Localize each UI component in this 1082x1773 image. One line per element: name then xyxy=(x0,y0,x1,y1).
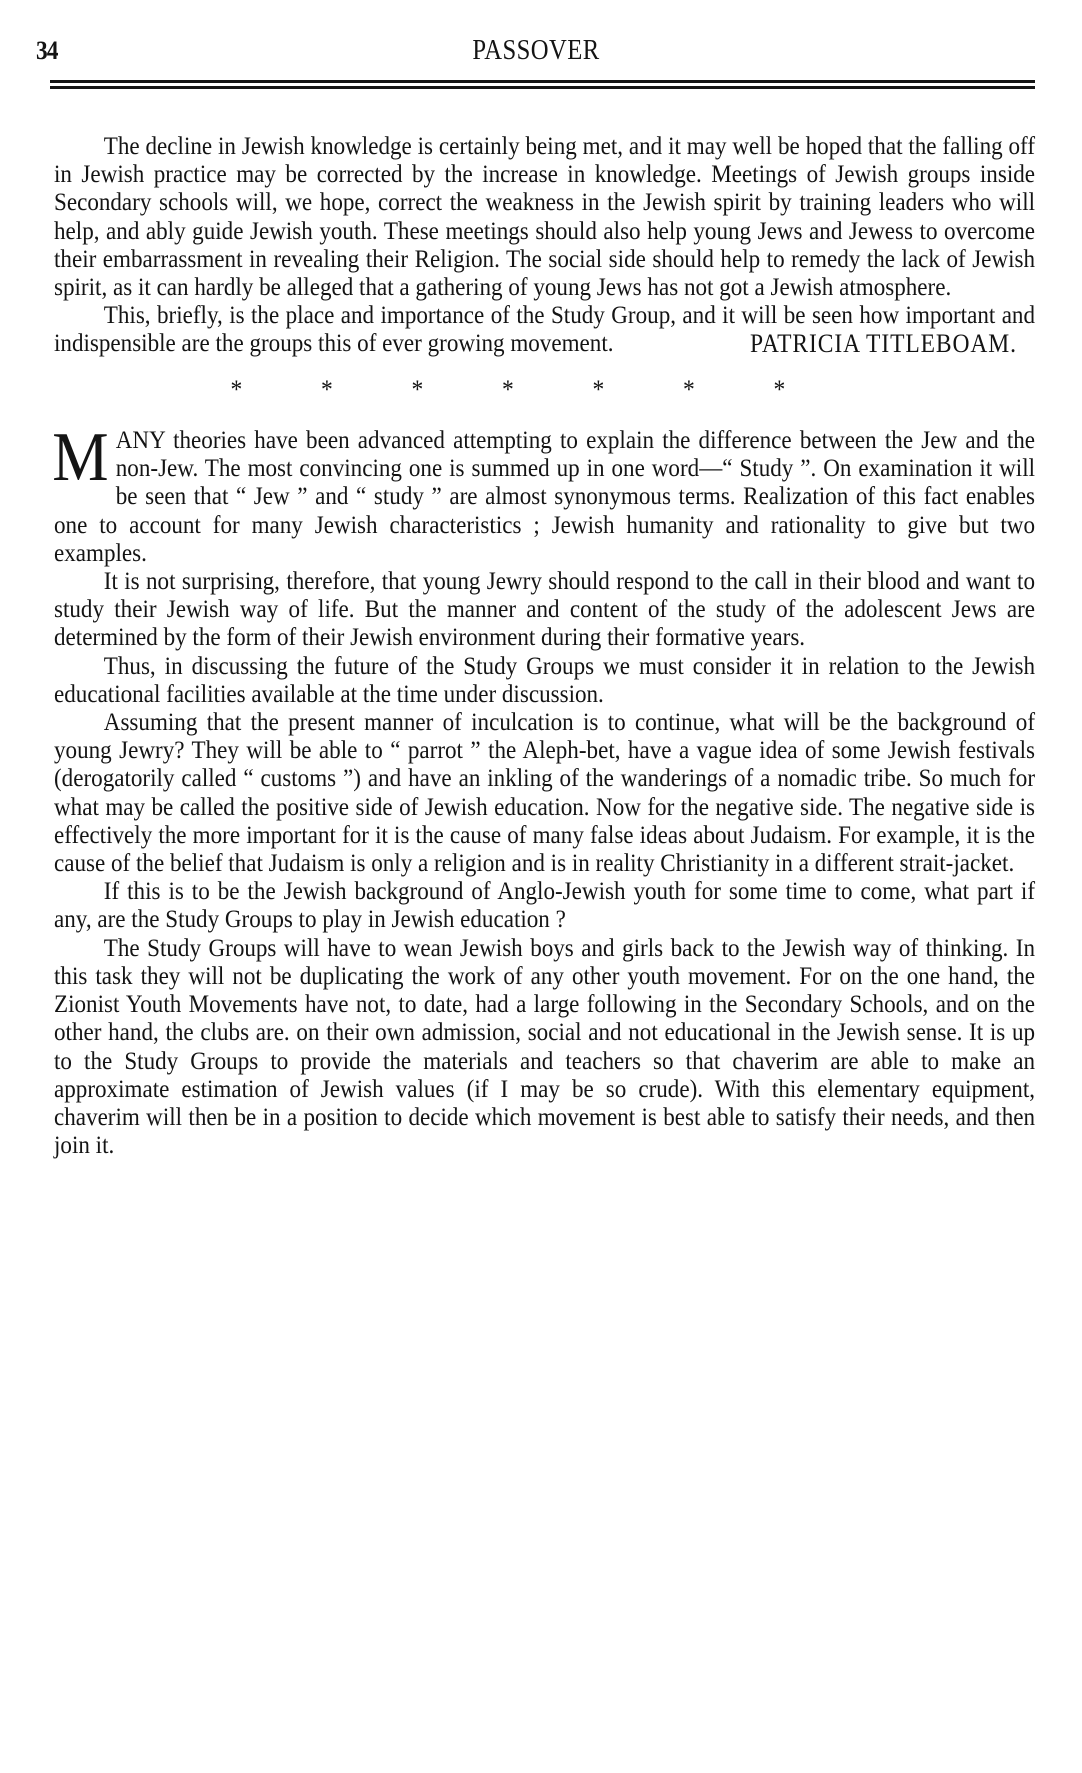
asterisk-icon: * xyxy=(773,376,864,404)
opening-paragraph: MANY theories have been advanced attempt… xyxy=(54,426,1035,567)
paragraph: Assuming that the present manner of incu… xyxy=(54,708,1035,877)
section-study-group-conclusion: The decline in Jewish knowledge is certa… xyxy=(54,132,1035,358)
asterisk-icon: * xyxy=(411,376,502,404)
asterisk-icon: * xyxy=(502,376,593,404)
asterisk-icon: * xyxy=(230,376,321,404)
opening-paragraph-text: ANY theories have been advanced attempti… xyxy=(54,425,1035,567)
article-body: The decline in Jewish knowledge is certa… xyxy=(54,132,1035,1159)
section-study-groups-future: MANY theories have been advanced attempt… xyxy=(54,426,1035,1159)
paragraph: Thus, in discussing the future of the St… xyxy=(54,652,1035,708)
section-separator: ******* xyxy=(54,376,1035,404)
paragraph: If this is to be the Jewish background o… xyxy=(54,877,1035,933)
page-header: 34 PASSOVER xyxy=(36,30,1036,70)
asterisk-icon: * xyxy=(592,376,683,404)
page-number: 34 xyxy=(36,36,58,66)
header-rule-top xyxy=(50,80,1035,83)
asterisk-icon: * xyxy=(683,376,774,404)
paragraph: It is not surprising, therefore, that yo… xyxy=(54,567,1035,652)
drop-cap: M xyxy=(52,430,108,486)
asterisk-icon: * xyxy=(321,376,411,404)
running-title: PASSOVER xyxy=(96,35,976,67)
paragraph: The Study Groups will have to wean Jewis… xyxy=(54,934,1035,1160)
header-rule-bottom xyxy=(50,86,1035,89)
paragraph: The decline in Jewish knowledge is certa… xyxy=(54,132,1035,301)
